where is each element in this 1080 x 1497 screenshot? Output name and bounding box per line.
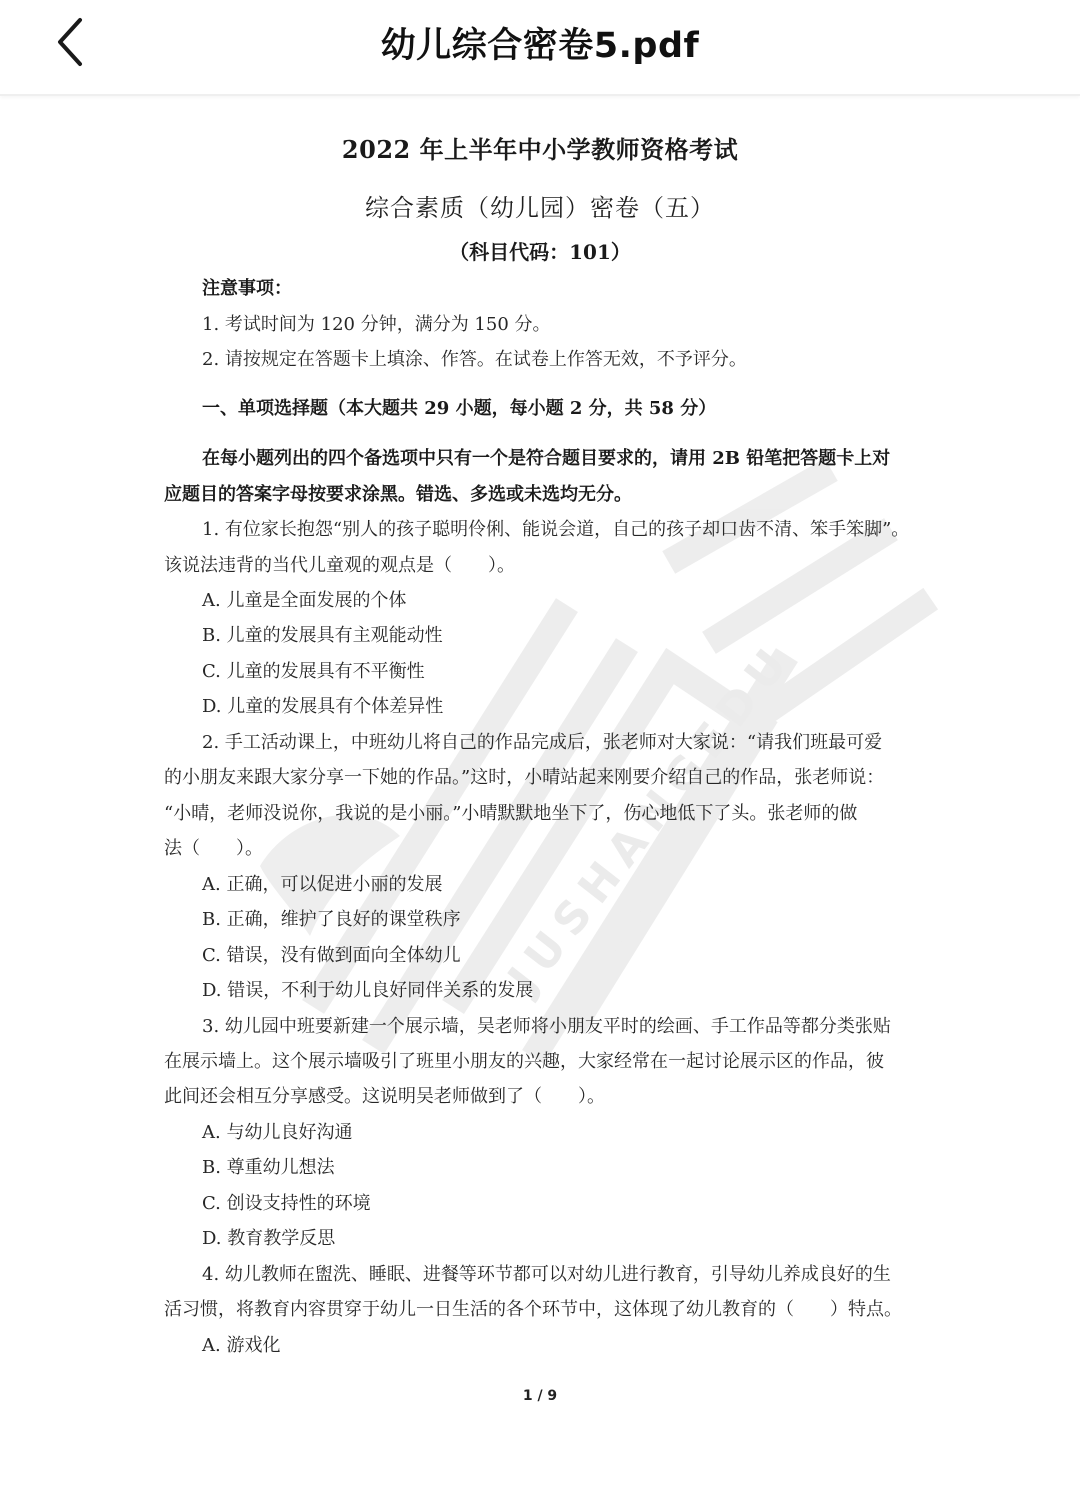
- exam-subtitle: 综合素质（幼儿园）密卷（五）: [0, 188, 1080, 223]
- question-stem: 的小朋友来跟大家分享一下她的作品。”这时，小晴站起来刚要介绍自己的作品，张老师说…: [164, 763, 884, 789]
- pdf-page[interactable]: JUSHANGEDU 2022 年上半年中小学教师资格考试 综合素质（幼儿园）密…: [0, 96, 1080, 1497]
- question-stem: 法（ ）。: [164, 834, 263, 860]
- option-a: A. 正确，可以促进小丽的发展: [202, 870, 442, 896]
- question-stem: 3. 幼儿园中班要新建一个展示墙，吴老师将小朋友平时的绘画、手工作品等都分类张贴: [202, 1012, 891, 1038]
- document-title: 幼儿综合密卷5.pdf: [0, 18, 1080, 68]
- option-a: A. 与幼儿良好沟通: [202, 1118, 352, 1144]
- option-a: A. 游戏化: [202, 1331, 280, 1357]
- notice-item: 1. 考试时间为 120 分钟，满分为 150 分。: [202, 310, 551, 336]
- instructions: 在每小题列出的四个备选项中只有一个是符合题目要求的，请用 2B 铅笔把答题卡上对: [202, 444, 890, 470]
- subject-code: （科目代码：101）: [0, 236, 1080, 265]
- notice-item: 2. 请按规定在答题卡上填涂、作答。在试卷上作答无效，不予评分。: [202, 345, 747, 371]
- option-b: B. 尊重幼儿想法: [202, 1153, 335, 1179]
- question-stem: 此间还会相互分享感受。这说明吴老师做到了（ ）。: [164, 1082, 605, 1108]
- question-stem: 在展示墙上。这个展示墙吸引了班里小朋友的兴趣，大家经常在一起讨论展示区的作品，彼: [164, 1047, 884, 1073]
- option-c: C. 错误，没有做到面向全体幼儿: [202, 941, 461, 967]
- page-indicator: 1 / 9: [0, 1388, 1080, 1404]
- question-stem: “小晴，老师没说你，我说的是小丽。”小晴默默地坐下了，伤心地低下了头。张老师的做: [164, 799, 857, 825]
- exam-title: 2022 年上半年中小学教师资格考试: [0, 130, 1080, 165]
- question-stem: 4. 幼儿教师在盥洗、睡眠、进餐等环节都可以对幼儿进行教育，引导幼儿养成良好的生: [202, 1260, 891, 1286]
- option-a: A. 儿童是全面发展的个体: [202, 586, 406, 612]
- option-b: B. 儿童的发展具有主观能动性: [202, 621, 443, 647]
- top-bar: 幼儿综合密卷5.pdf: [0, 0, 1080, 96]
- option-c: C. 儿童的发展具有不平衡性: [202, 657, 425, 683]
- option-b: B. 正确，维护了良好的课堂秩序: [202, 905, 461, 931]
- question-stem: 2. 手工活动课上，中班幼儿将自己的作品完成后，张老师对大家说：“请我们班最可爱: [202, 728, 882, 754]
- option-c: C. 创设支持性的环境: [202, 1189, 371, 1215]
- option-d: D. 儿童的发展具有个体差异性: [202, 692, 443, 718]
- question-stem: 活习惯，将教育内容贯穿于幼儿一日生活的各个环节中，这体现了幼儿教育的（ ）特点。: [164, 1295, 902, 1321]
- question-stem: 1. 有位家长抱怨“别人的孩子聪明伶俐、能说会道，自己的孩子却口齿不清、笨手笨脚…: [202, 515, 909, 541]
- question-stem: 该说法违背的当代儿童观的观点是（ ）。: [164, 551, 515, 577]
- option-d: D. 错误，不利于幼儿良好同伴关系的发展: [202, 976, 533, 1002]
- option-d: D. 教育教学反思: [202, 1224, 335, 1250]
- section-heading: 一、单项选择题（本大题共 29 小题，每小题 2 分，共 58 分）: [202, 394, 716, 420]
- notice-heading: 注意事项：: [202, 274, 292, 300]
- instructions: 应题目的答案字母按要求涂黑。错选、多选或未选均无分。: [164, 480, 632, 506]
